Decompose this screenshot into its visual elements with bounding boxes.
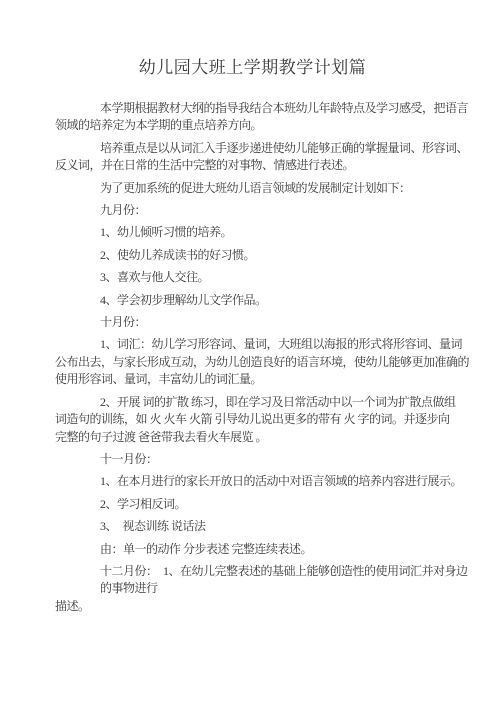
text-line: 培养重点是以从词汇入手逐步递进使幼儿能够正确的掌握量词、形容词、: [100, 140, 450, 157]
text-line: 公布出去，与家长形成互动，为幼儿创造良好的语言环境，使幼儿能够更加准确的: [55, 354, 450, 371]
text-line: 为了更加系统的促进大班幼儿语言领域的发展制定计划如下：: [100, 180, 450, 197]
text-line: 反义词，并在日常的生活中完整的对事物、情感进行表述。: [55, 157, 450, 174]
text-line: 本学期根据教材大纲的指导我结合本班幼儿年龄特点及学习感受，把语言: [100, 100, 450, 117]
paragraph: 2、开展 词的扩散 练习，即在学习及日常活动中以一个词为扩散点做组词造句的训练，…: [55, 394, 450, 446]
paragraph: 本学期根据教材大纲的指导我结合本班幼儿年龄特点及学习感受，把语言领域的培养定为本…: [55, 100, 450, 135]
text-line: 十二月份： 1、在幼儿完整表述的基础上能够创造性的使用词汇并对身边: [100, 563, 450, 580]
paragraph: 3、 视态训练 说话法: [55, 518, 450, 535]
text-line: 由：单一的动作 分步表述 完整连续表述。: [100, 541, 450, 558]
paragraph: 1、词汇：幼儿学习形容词、量词，大班组以海报的形式将形容词、量词公布出去，与家长…: [55, 336, 450, 388]
text-line: 领域的培养定为本学期的重点培养方向。: [55, 117, 450, 134]
paragraph: 九月份：: [55, 202, 450, 219]
text-line: 使用形容词、量词，丰富幼儿的词汇量。: [55, 371, 450, 388]
paragraph: 十月份：: [55, 314, 450, 331]
text-line: 2、使幼儿养成读书的好习惯。: [100, 247, 450, 264]
paragraph: 十一月份：: [55, 451, 450, 468]
paragraph: 十二月份： 1、在幼儿完整表述的基础上能够创造性的使用词汇并对身边的事物进行描述…: [55, 563, 450, 615]
text-line: 的事物进行: [100, 580, 450, 597]
paragraph: 2、使幼儿养成读书的好习惯。: [55, 247, 450, 264]
text-line: 十一月份：: [100, 451, 450, 468]
paragraph: 为了更加系统的促进大班幼儿语言领域的发展制定计划如下：: [55, 180, 450, 197]
text-line: 十月份：: [100, 314, 450, 331]
paragraph: 2、学习相反词。: [55, 496, 450, 513]
text-line: 九月份：: [100, 202, 450, 219]
text-line: 3、喜欢与他人交往。: [100, 269, 450, 286]
paragraph: 4、学会初步理解幼儿文学作品。: [55, 292, 450, 309]
document-title: 幼儿园大班上学期教学计划篇: [55, 58, 450, 78]
paragraph: 1、在本月进行的家长开放日的活动中对语言领域的培养内容进行展示。: [55, 473, 450, 490]
document-page: 幼儿园大班上学期教学计划篇 本学期根据教材大纲的指导我结合本班幼儿年龄特点及学习…: [0, 0, 500, 707]
text-line: 1、在本月进行的家长开放日的活动中对语言领域的培养内容进行展示。: [100, 473, 450, 490]
text-line: 3、 视态训练 说话法: [100, 518, 450, 535]
text-line: 词造句的训练，如 火 火车 火箭 引导幼儿说出更多的带有 火 字的词。并逐步向: [55, 411, 450, 428]
paragraph: 由：单一的动作 分步表述 完整连续表述。: [55, 541, 450, 558]
text-line: 完整的句子过渡 爸爸带我去看火车展览 。: [55, 429, 450, 446]
paragraph: 3、喜欢与他人交往。: [55, 269, 450, 286]
paragraph: 1、幼儿倾听习惯的培养。: [55, 224, 450, 241]
paragraph: 培养重点是以从词汇入手逐步递进使幼儿能够正确的掌握量词、形容词、反义词，并在日常…: [55, 140, 450, 175]
text-line: 4、学会初步理解幼儿文学作品。: [100, 292, 450, 309]
text-line: 1、词汇：幼儿学习形容词、量词，大班组以海报的形式将形容词、量词: [100, 336, 450, 353]
text-line: 2、开展 词的扩散 练习，即在学习及日常活动中以一个词为扩散点做组: [100, 394, 450, 411]
document-body: 本学期根据教材大纲的指导我结合本班幼儿年龄特点及学习感受，把语言领域的培养定为本…: [55, 100, 450, 615]
text-line: 描述。: [55, 598, 450, 615]
text-line: 2、学习相反词。: [100, 496, 450, 513]
text-line: 1、幼儿倾听习惯的培养。: [100, 224, 450, 241]
